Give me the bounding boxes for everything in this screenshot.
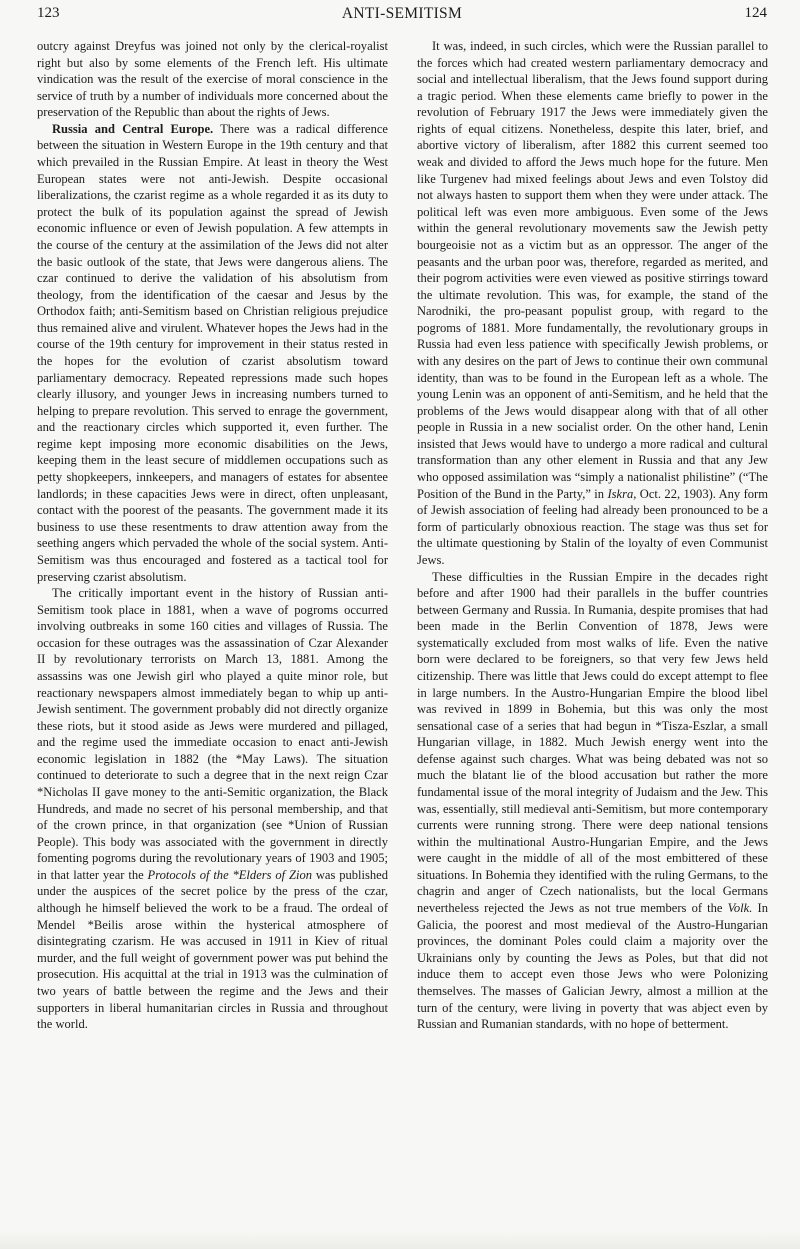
- paragraph-liberal-circles: It was, indeed, in such circles, which w…: [417, 38, 768, 569]
- paragraph-buffer-countries: These difficulties in the Russian Empire…: [417, 569, 768, 1033]
- page-number-right: 124: [745, 5, 768, 22]
- running-title: ANTI-SEMITISM: [37, 5, 767, 23]
- paragraph-dreyfus-continuation: outcry against Dreyfus was joined not on…: [37, 38, 388, 121]
- paragraph-pogroms-1881: The critically important event in the hi…: [37, 585, 388, 1033]
- right-column: It was, indeed, in such circles, which w…: [417, 38, 768, 1033]
- paragraph-text: These difficulties in the Russian Empire…: [417, 570, 768, 916]
- section-heading-russia-central-europe: Russia and Central Europe.: [52, 122, 213, 136]
- paragraph-text: In Galicia, the poorest and most medieva…: [417, 901, 768, 1031]
- italic-title-iskra: Iskra,: [607, 487, 636, 501]
- paragraph-text: was published under the auspices of the …: [37, 868, 388, 1031]
- paragraph-text: It was, indeed, in such circles, which w…: [417, 39, 768, 501]
- italic-title-protocols: Protocols of the *Elders of Zion: [148, 868, 312, 882]
- paragraph-text: There was a radical difference between t…: [37, 122, 388, 584]
- left-column: outcry against Dreyfus was joined not on…: [37, 38, 388, 1033]
- italic-word-volk: Volk.: [728, 901, 753, 915]
- page-bottom-edge: [0, 1231, 800, 1249]
- page-header: 123 ANTI-SEMITISM 124: [37, 5, 767, 25]
- paragraph-russia-central-europe: Russia and Central Europe. There was a r…: [37, 121, 388, 585]
- paragraph-text: The critically important event in the hi…: [37, 586, 388, 882]
